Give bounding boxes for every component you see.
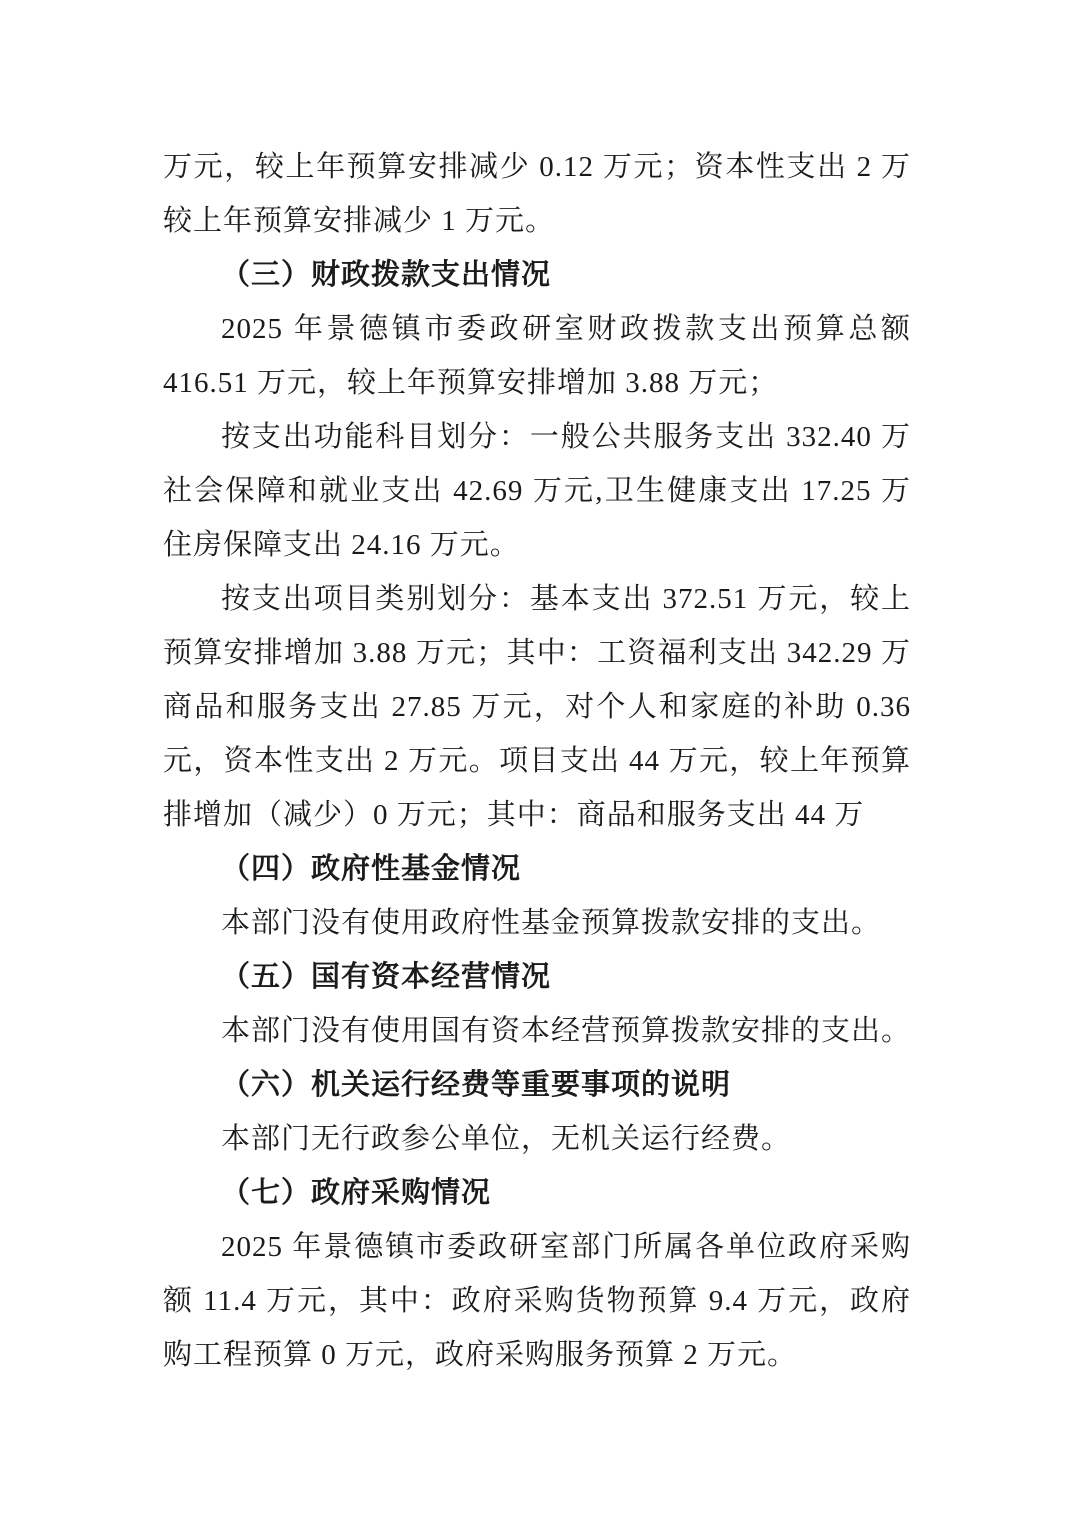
body-text-line: 预算安排增加 3.88 万元；其中：工资福利支出 342.29 万元，	[163, 626, 911, 680]
section-heading: （四）政府性基金情况	[163, 842, 911, 896]
body-text-line: 社会保障和就业支出 42.69 万元,卫生健康支出 17.25 万元,	[163, 464, 911, 518]
body-text-line: 本部门没有使用国有资本经营预算拨款安排的支出。	[163, 1004, 911, 1058]
section-heading: （五）国有资本经营情况	[163, 950, 911, 1004]
body-text-line: 2025 年景德镇市委政研室财政拨款支出预算总额	[163, 302, 911, 356]
document-body: 万元，较上年预算安排减少 0.12 万元；资本性支出 2 万元，较上年预算安排减…	[163, 140, 911, 1382]
body-text-line: 商品和服务支出 27.85 万元，对个人和家庭的补助 0.36 万	[163, 680, 911, 734]
body-text-line: 万元，较上年预算安排减少 0.12 万元；资本性支出 2 万元，	[163, 140, 911, 194]
body-text-line: 本部门无行政参公单位，无机关运行经费。	[163, 1112, 911, 1166]
section-heading: （六）机关运行经费等重要事项的说明	[163, 1058, 911, 1112]
body-text-line: 按支出项目类别划分：基本支出 372.51 万元，较上年	[163, 572, 911, 626]
document-page: 万元，较上年预算安排减少 0.12 万元；资本性支出 2 万元，较上年预算安排减…	[0, 0, 1074, 1520]
body-text-line: 购工程预算 0 万元，政府采购服务预算 2 万元。	[163, 1328, 911, 1382]
section-heading: （三）财政拨款支出情况	[163, 248, 911, 302]
body-text-line: 2025 年景德镇市委政研室部门所属各单位政府采购总	[163, 1220, 911, 1274]
body-text-line: 本部门没有使用政府性基金预算拨款安排的支出。	[163, 896, 911, 950]
body-text-line: 较上年预算安排减少 1 万元。	[163, 194, 911, 248]
section-heading: （七）政府采购情况	[163, 1166, 911, 1220]
body-text-line: 住房保障支出 24.16 万元。	[163, 518, 911, 572]
body-text-line: 元，资本性支出 2 万元。项目支出 44 万元，较上年预算安	[163, 734, 911, 788]
body-text-line: 额 11.4 万元，其中：政府采购货物预算 9.4 万元，政府采	[163, 1274, 911, 1328]
body-text-line: 按支出功能科目划分：一般公共服务支出 332.40 万元，	[163, 410, 911, 464]
body-text-line: 416.51 万元，较上年预算安排增加 3.88 万元；	[163, 356, 911, 410]
body-text-line: 排增加（减少）0 万元；其中：商品和服务支出 44 万元。	[163, 788, 911, 842]
